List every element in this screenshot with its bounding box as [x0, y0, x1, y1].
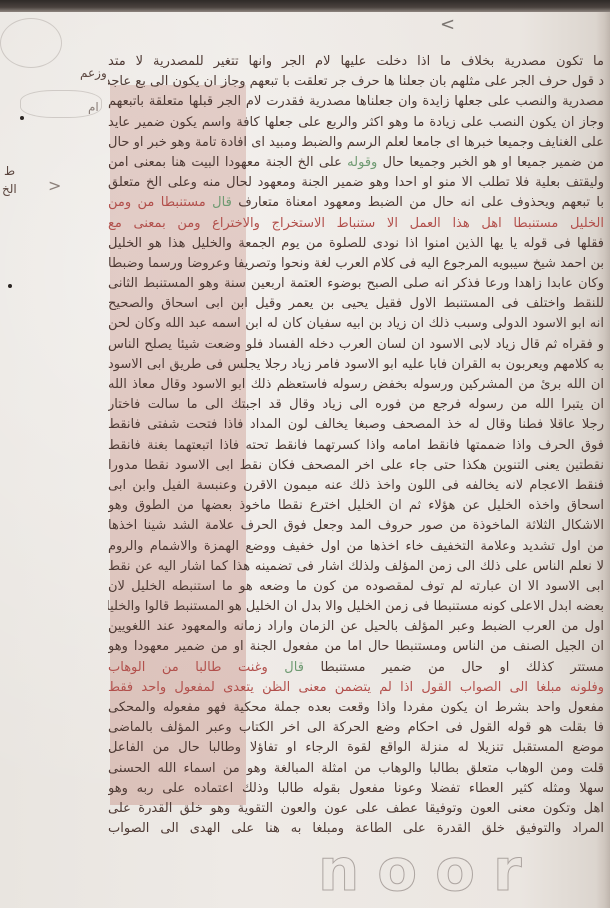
text-line: من ضمير جميعا او هو الخبر وجميعا حال وقو… [108, 153, 604, 173]
text-line: قلت ومن الوهاب متعلق بطالبا والوهاب من ا… [108, 759, 604, 779]
text-line: فا بقلت هو قوله القول فى احكام وضع الحرك… [108, 718, 604, 738]
text-line: مستتر كذلك او حال من ضمير مستنبطا قال وغ… [108, 658, 604, 678]
text-line: مصدرية والنصب على جعلها زايدة وان جعلناه… [108, 92, 604, 112]
text-line: ابى الاسود الا ان عبارته لم توف لمقصوده … [108, 577, 604, 597]
text-line: لا نعلم الناس على ذلك الى زمن المؤلف ولذ… [108, 557, 604, 577]
text-line: ان الجيل الصنف من الناس ومستنبطا حال اما… [108, 637, 604, 657]
text-line: الخليل مستنبطا اهل هذا العمل الا ستنباط … [108, 214, 604, 234]
margin-note: وزعم [80, 66, 107, 80]
text-line: وفلونه مبلغا الى الصواب القول اذا لم يتض… [108, 678, 604, 698]
text-line: موضع المستقبل تنزيلا له منزلة الواقع لقو… [108, 738, 604, 758]
text-line: مفعول واحد بشرط ان يكون مفردا واذا وقعت … [108, 698, 604, 718]
margin-note: الخ [2, 182, 17, 196]
text-line: فقلها فى قوله يا يها الذين امنوا اذا نود… [108, 234, 604, 254]
text-line: ما تكون مصدرية بخلاف ما اذا دخلت عليها ل… [108, 52, 604, 72]
text-line: نقطتين يعنى التنوين هكذا حتى جاء على اخر… [108, 456, 604, 476]
watermark: noor [318, 845, 608, 895]
text-line: بعضه ابدل الاعلى كونه مستنبطا فى زمن الخ… [108, 597, 604, 617]
text-line: با تبعهم ويحذوف على انه حال من الضبط ومع… [108, 193, 604, 213]
manuscript-page: < ما تكون مصدرية بخلاف ما اذا دخلت عليها… [0, 0, 610, 908]
ink-dot [20, 116, 24, 120]
text-line: وليقتف بعلية فلا تطلب الا منو او احدا وه… [108, 173, 604, 193]
text-line: اسحاق واخذه الخليل عن هؤلاء ثم ان الخليل… [108, 496, 604, 516]
catchmark: < [440, 14, 455, 35]
margin-note: ط [4, 164, 15, 178]
text-line: وكان عابدا زاهدا ورعا فذكر انه صلى الصبح… [108, 274, 604, 294]
rubric-word: وقوله [347, 155, 377, 170]
text-line: انه ابو الاسود الدولى وسبب ذلك ان زياد ب… [108, 314, 604, 334]
text-line: فنقط الاعجام لانه يخالفه فى اللون واخذ ذ… [108, 476, 604, 496]
rubric-word: قال [284, 660, 304, 675]
text-line: على الغنايف وجميعا خبرها اى جامعا لعلم ا… [108, 133, 604, 153]
text-line: الاشكال الثلاثة الماخوذة من صور حروف الم… [108, 516, 604, 536]
text-line: بن احمد شيخ سيبويه المرجوع اليه فى كلام … [108, 254, 604, 274]
text-line: و فقراه ثم قال زياد لابى الاسود ان لسان … [108, 335, 604, 355]
margin-note: ام [88, 100, 99, 114]
paper-stain [0, 18, 62, 68]
text-line: من اول تشديد وعلامة التخفيف خاء اخذها من… [108, 537, 604, 557]
main-text-block: ما تكون مصدرية بخلاف ما اذا دخلت عليها ل… [108, 52, 604, 832]
text-line: د قول حرف الجر على مثلهم بان جعلنا ها حر… [108, 72, 604, 92]
text-line: للنقط واختلف فى المستنبط الاول فقيل يحيى… [108, 294, 604, 314]
margin-note: < [48, 176, 61, 195]
ink-dot [8, 284, 12, 288]
text-line: ان الله برئ من المشركين ورسوله بخفض رسول… [108, 375, 604, 395]
text-line: سهلا ومثله كثير العطاء تفضلا وعونا مفعول… [108, 779, 604, 799]
text-line: به كلامهم ويعربون به القران فابا عليه اب… [108, 355, 604, 375]
text-line: ان يتبرا الله من رسوله فرجع من فوره الى … [108, 395, 604, 415]
text-line: رجلا عاقلا فطنا وقال له خذ المصحف وصبغا … [108, 415, 604, 435]
text-line: اول من العرب الضبط وعبر المؤلف بالحيل عن… [108, 617, 604, 637]
page-top-edge [0, 0, 610, 12]
text-line: وجاز ان يكون النصب على زيادة ما وهو اكثر… [108, 113, 604, 133]
text-line: فوق الحرف واذا ضممتها فانقط امامه واذا ك… [108, 436, 604, 456]
text-line: اهل وتكون معنى العون وتوفيقا عطف على عون… [108, 799, 604, 819]
rubric-word: قال [212, 195, 232, 210]
